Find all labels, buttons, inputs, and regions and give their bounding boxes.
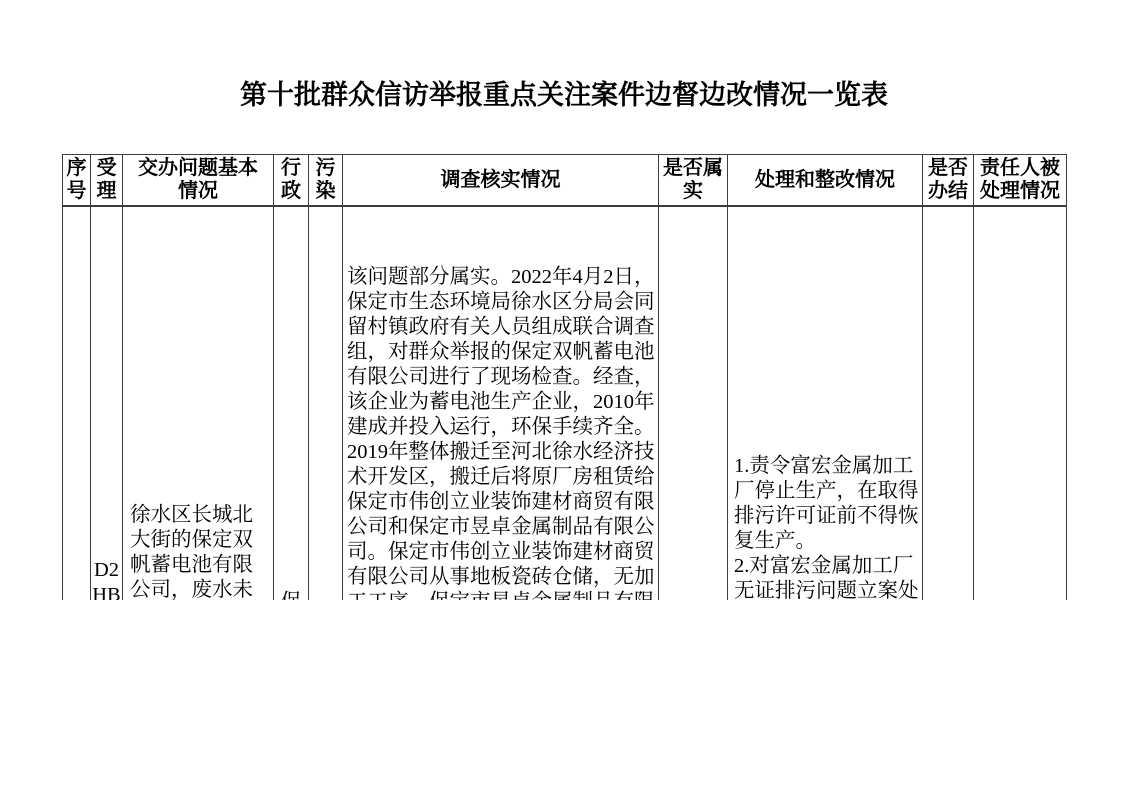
page-title: 第十批群众信访举报重点关注案件边督边改情况一览表	[62, 80, 1066, 110]
header-pollution: 污 染	[309, 155, 343, 207]
cell-investigation: 该问题部分属实。2022年4月2日， 保定市生态环境局徐水区分局会同 留村镇政府…	[343, 206, 659, 600]
cell-is-verified	[659, 206, 728, 600]
investigation-text: 该问题部分属实。2022年4月2日， 保定市生态环境局徐水区分局会同 留村镇政府…	[343, 265, 658, 600]
header-is-verified: 是否属 实	[659, 155, 728, 207]
header-accountability: 责任人被 处理情况	[974, 155, 1067, 207]
cell-is-closed	[923, 206, 974, 600]
cell-case-id: D2 HB 20	[91, 206, 123, 600]
cell-seq	[63, 206, 91, 600]
cell-pollution	[309, 206, 343, 600]
header-handling: 处理和整改情况	[728, 155, 923, 207]
problem-text: 徐水区长城北 大街的保定双 帆蓄电池有限 公司，废水未 经处理直排厂	[123, 503, 273, 600]
table-header-row: 序 号 受 理 交办问题基本 情况 行 政 污 染 调查核实情况 是否属 实 处…	[63, 155, 1067, 207]
header-is-closed: 是否 办结	[923, 155, 974, 207]
document-page: 第十批群众信访举报重点关注案件边督边改情况一览表 序 号 受 理 交办问题基本 …	[0, 0, 1122, 793]
handling-text: 1.责令富宏金属加工 厂停止生产，在取得 排污许可证前不得恢 复生产。 2.对富…	[728, 454, 922, 600]
table-container: 序 号 受 理 交办问题基本 情况 行 政 污 染 调查核实情况 是否属 实 处…	[62, 154, 1072, 600]
case-id-value: D2 HB 20	[91, 558, 122, 600]
cell-administrative-region: 保 定	[274, 206, 309, 600]
table-row: D2 HB 20 徐水区长城北 大街的保定双 帆蓄电池有限 公司，废水未 经处理…	[63, 206, 1067, 600]
header-administrative: 行 政	[274, 155, 309, 207]
cases-table: 序 号 受 理 交办问题基本 情况 行 政 污 染 调查核实情况 是否属 实 处…	[62, 154, 1067, 600]
header-investigation: 调查核实情况	[343, 155, 659, 207]
cell-problem: 徐水区长城北 大街的保定双 帆蓄电池有限 公司，废水未 经处理直排厂	[123, 206, 274, 600]
header-problem: 交办问题基本 情况	[123, 155, 274, 207]
header-acceptance: 受 理	[91, 155, 123, 207]
header-seq: 序 号	[63, 155, 91, 207]
region-value: 保 定	[274, 590, 308, 600]
cell-accountability	[974, 206, 1067, 600]
cell-handling: 1.责令富宏金属加工 厂停止生产，在取得 排污许可证前不得恢 复生产。 2.对富…	[728, 206, 923, 600]
